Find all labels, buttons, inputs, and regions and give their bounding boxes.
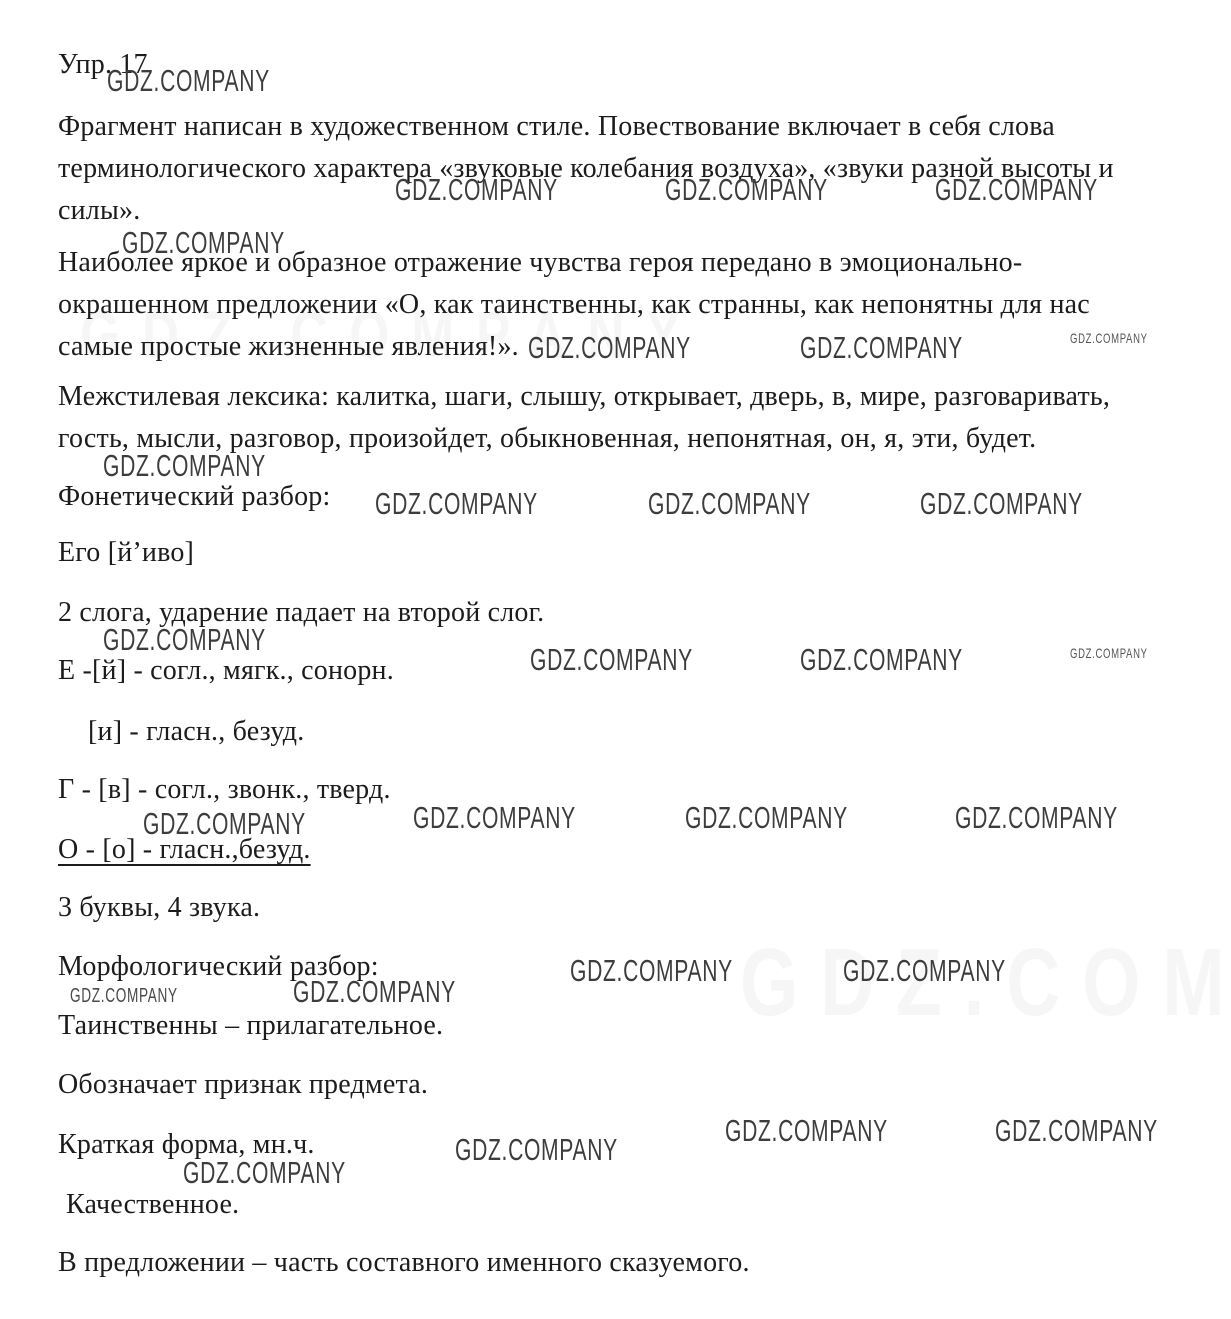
line-syllables: 2 слога, ударение падает на второй слог. [58,592,1158,634]
line-sound-e: Е -[й] - согл., мягк., сонорн. [58,650,1158,692]
paragraph-interstyle-lexis: Межстилевая лексика: калитка, шаги, слыш… [58,376,1158,460]
paragraph-emotional-sentence: Наиболее яркое и образное отражение чувс… [58,242,1158,368]
line-word-transcription: Его [й’иво] [58,532,1158,574]
line-part-of-speech: Таинственны – прилагательное. [58,1005,1158,1047]
line-denotes-attribute: Обозначает признак предмета. [58,1064,1158,1106]
line-qualitative: Качественное. [66,1184,1166,1226]
line-sound-o-underlined: О - [о] - гласн.,безуд. [58,829,1158,871]
line-letters-sounds-count: 3 буквы, 4 звука. [58,887,1158,929]
line-short-form: Краткая форма, мн.ч. [58,1124,1158,1166]
exercise-title: Упр. 17 [58,44,1158,86]
paragraph-style-analysis: Фрагмент написан в художественном стиле.… [58,106,1158,232]
line-sound-i: [и] - гласн., безуд. [88,711,1188,753]
document-page: GDZ.COMPANYGDZ.COMPANY Упр. 17 Фрагмент … [0,0,1231,1319]
line-sound-g: Г - [в] - согл., звонк., тверд. [58,769,1158,811]
heading-morphological-analysis: Морфологический разбор: [58,946,1158,988]
line-sentence-role: В предложении – часть составного именног… [58,1242,1158,1284]
heading-phonetic-analysis: Фонетический разбор: [58,476,1158,518]
